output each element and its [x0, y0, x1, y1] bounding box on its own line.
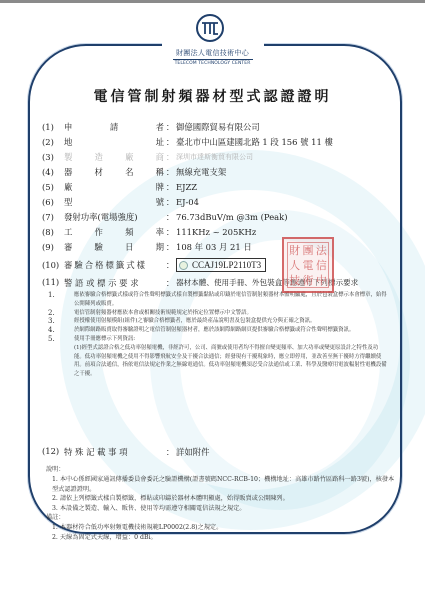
colon: ：: [164, 226, 176, 238]
brand-value: EJZZ: [176, 182, 197, 192]
field-number: (2): [42, 137, 64, 147]
label-char: 期: [156, 241, 164, 253]
field-label: 地 址: [64, 136, 164, 148]
special-remarks-heading: (12) 特 殊 記 載 事 項 ： 詳如附件: [42, 446, 210, 458]
field-number: (6): [42, 197, 64, 207]
label-char: 廠: [64, 181, 72, 193]
label-char: 作: [95, 226, 103, 238]
field-number: (1): [42, 122, 64, 132]
item-text: 使用手冊應標示下列資訊:: [74, 335, 388, 344]
field-number: (5): [42, 182, 64, 192]
item-text: 應依審驗合格標籤式樣或符合性聲明標籤式樣自製標籤黏貼或印鑄於電信管制射頻器材本體…: [74, 291, 388, 309]
item-text: (1)經型式認證合格之低功率射頻電機，非經許可，公司、商號或使用者均不得擅自變更…: [74, 344, 388, 379]
note-item: 1. 本中心係經國家通訊傳播委員會委託之驗證機構(證書號碼NCC-RCB-10；…: [46, 475, 396, 494]
org-divider: [173, 59, 253, 60]
seal-char: 法: [315, 243, 328, 258]
model-value: EJ-04: [176, 197, 199, 207]
label-char: 請: [110, 121, 118, 133]
colon: ：: [164, 121, 176, 133]
seal-char: 人: [288, 258, 301, 273]
field-number: (11): [42, 277, 64, 289]
label-char: 商: [156, 151, 164, 163]
field-applicant: (1) 申 請 者 ： 御億國際貿易有限公司: [42, 120, 260, 133]
colon: ：: [164, 241, 176, 253]
field-label: 型 號: [64, 196, 164, 208]
seal-char: 信: [315, 258, 328, 273]
warning-item: 1. 應依審驗合格標籤式樣或符合性聲明標籤式樣自製標籤黏貼或印鑄於電信管制射頻器…: [48, 291, 388, 309]
label-char: 型: [64, 196, 72, 208]
warning-item: 3. 經授權使用射頻模組(組件)之審驗合格標籤者，應於最終產品說明書及包裝盒提供…: [48, 317, 388, 326]
official-seal-stamp: 財 團 法 人 電 信 技 術 中: [282, 237, 334, 293]
equipment-name-value: 無線充電支架: [176, 166, 226, 178]
field-model: (6) 型 號 ： EJ-04: [42, 195, 199, 208]
colon: ：: [164, 211, 176, 223]
field-number: (8): [42, 227, 64, 237]
field-number: (9): [42, 242, 64, 252]
label-char: 號: [156, 196, 164, 208]
item-number: 3.: [48, 317, 74, 326]
colon: ：: [164, 181, 176, 193]
transmit-power-value: 76.73dBuV/m @3m (Peak): [176, 212, 287, 222]
seal-char: 中: [315, 273, 328, 288]
seal-char: 電: [301, 258, 314, 273]
label-char: 者: [156, 121, 164, 133]
label-text: 發射功率(電場強度): [64, 211, 138, 223]
colon: ：: [164, 166, 176, 178]
label-char: 申: [64, 121, 72, 133]
item-text: 經授權使用射頻模組(組件)之審驗合格標籤者，應於最終產品說明書及包裝盒提供充分與…: [74, 317, 388, 326]
warning-list: 1. 應依審驗合格標籤式樣或符合性聲明標籤式樣自製標籤黏貼或印鑄於電信管制射頻器…: [48, 291, 388, 379]
address-value: 臺北市中山區建國北路 1 段 156 號 11 樓: [176, 136, 333, 148]
item-number: 2.: [48, 309, 74, 318]
label-char: 名: [125, 166, 133, 178]
seal-char: 團: [301, 243, 314, 258]
remark-item: 1. 本器材符合低功率射頻電機技術規範LP0002(2.8)之規定。: [46, 523, 396, 532]
field-number: (3): [42, 152, 64, 162]
field-frequency: (8) 工 作 頻 率 ： 111KHz ~ 205KHz: [42, 225, 256, 238]
field-manufacturer: (3) 製 造 廠 商 ： 深圳市達斯衡貿有限公司: [42, 150, 253, 163]
label-char: 率: [156, 226, 164, 238]
field-address: (2) 地 址 ： 臺北市中山區建國北路 1 段 156 號 11 樓: [42, 135, 333, 148]
colon: ：: [164, 151, 176, 163]
certification-id: CCAJ19LP2110T3: [192, 260, 261, 270]
certificate-border: [28, 44, 402, 534]
field-label: 廠 牌: [64, 181, 164, 193]
field-label: 審 驗 日 期: [64, 241, 164, 253]
item-number: 5.: [48, 335, 74, 344]
field-number: (7): [42, 212, 64, 222]
label-char: 牌: [156, 181, 164, 193]
label-char: 器: [64, 166, 72, 178]
field-transmit-power: (7) 發射功率(電場強度) ： 76.73dBuV/m @3m (Peak): [42, 210, 287, 223]
label-char: 審: [64, 241, 72, 253]
field-equipment-name: (4) 器 材 名 稱 ： 無線充電支架: [42, 165, 226, 178]
certification-label-box: CCAJ19LP2110T3: [176, 258, 266, 272]
label-char: 址: [156, 136, 164, 148]
field-label: 申 請 者: [64, 121, 164, 133]
colon: ：: [164, 196, 176, 208]
warning-item: 4. 於網際網路販賣取得審驗證明之電信管制射頻器材者，應於該網際網路網頁提供審驗…: [48, 326, 388, 335]
colon: ：: [164, 277, 176, 289]
notes-section: 說明： 1. 本中心係經國家通訊傳播委員會委託之驗證機構(證書號碼NCC-RCB…: [46, 465, 396, 542]
colon: ：: [164, 259, 176, 271]
field-label: 工 作 頻 率: [64, 226, 164, 238]
colon: ：: [164, 136, 176, 148]
field-review-date: (9) 審 驗 日 期 ： 108 年 03 月 21 日: [42, 240, 252, 253]
label-char: 日: [125, 241, 133, 253]
field-number: (12): [42, 446, 64, 458]
warning-item: 5. 使用手冊應標示下列資訊:: [48, 335, 388, 344]
field-number: (4): [42, 167, 64, 177]
scan-edge: [0, 0, 425, 3]
applicant-value: 御億國際貿易有限公司: [176, 121, 260, 133]
remarks-heading: 備註：: [46, 513, 396, 522]
seal-char: 財: [288, 243, 301, 258]
item-number: 4.: [48, 326, 74, 335]
colon: ：: [164, 446, 176, 458]
note-item: 2. 請依上列標籤式樣自製標籤，標貼或印鑄於器材本體明顯處，始得販賣或公開陳列。: [46, 494, 396, 503]
manufacturer-value: 深圳市達斯衡貿有限公司: [176, 152, 253, 162]
label-char: 工: [64, 226, 72, 238]
item-number: 1.: [48, 291, 74, 309]
field-label: 警 語 或 標 示 要 求: [64, 277, 164, 289]
field-label: 審驗合格標籤式樣: [64, 259, 164, 271]
frequency-value: 111KHz ~ 205KHz: [176, 227, 256, 237]
field-certification-label: (10) 審驗合格標籤式樣 ： CCAJ19LP2110T3: [42, 257, 266, 273]
label-text: 審驗合格標籤式樣: [64, 259, 147, 271]
ncc-mark-icon: [179, 261, 188, 270]
field-number: (10): [42, 260, 64, 270]
warning-item: 2. 電信管制射頻器材應依本會或相關技術規範規定於指定位置標示中文警語。: [48, 309, 388, 318]
item-number: [48, 344, 74, 379]
field-label: 製 造 廠 商: [64, 151, 164, 163]
label-char: 頻: [125, 226, 133, 238]
label-char: 驗: [95, 241, 103, 253]
item-text: 於網際網路販賣取得審驗證明之電信管制射頻器材者，應於該網際網路網頁提供審驗合格標…: [74, 326, 388, 335]
label-char: 材: [95, 166, 103, 178]
field-label: 發射功率(電場強度): [64, 211, 164, 223]
label-char: 廠: [125, 151, 133, 163]
org-name-en: TELECOM TECHNOLOGY CENTER: [150, 61, 275, 66]
field-brand: (5) 廠 牌 ： EJZZ: [42, 180, 197, 193]
warning-subitem: (1)經型式認證合格之低功率射頻電機，非經許可，公司、商號或使用者均不得擅自變更…: [48, 344, 388, 379]
org-name-cn: 財團法人電信技術中心: [150, 48, 275, 58]
item-text: 電信管制射頻器材應依本會或相關技術規範規定於指定位置標示中文警語。: [74, 309, 388, 318]
field-label: 特 殊 記 載 事 項: [64, 446, 164, 458]
ttc-logo-glyph: [201, 21, 219, 35]
label-char: 稱: [156, 166, 164, 178]
label-char: 製: [64, 151, 72, 163]
seal-characters: 財 團 法 人 電 信 技 術 中: [287, 242, 329, 288]
label-char: 地: [64, 136, 72, 148]
review-date-value: 108 年 03 月 21 日: [176, 241, 252, 253]
note-item: 3. 本設備之製造、輸入、販售、使用等均需遵守相關電信法規之規定。: [46, 504, 396, 513]
special-remarks-value: 詳如附件: [176, 446, 210, 458]
remark-item: 2. 天線為固定式天線，增益：0 dBi。: [46, 533, 396, 542]
seal-char: 術: [301, 273, 314, 288]
notes-heading: 說明：: [46, 465, 396, 474]
label-char: 造: [95, 151, 103, 163]
field-label: 器 材 名 稱: [64, 166, 164, 178]
seal-char: 技: [288, 273, 301, 288]
ttc-logo-icon: [196, 14, 224, 42]
document-title: 電信管制射頻器材型式認證證明: [40, 86, 385, 106]
